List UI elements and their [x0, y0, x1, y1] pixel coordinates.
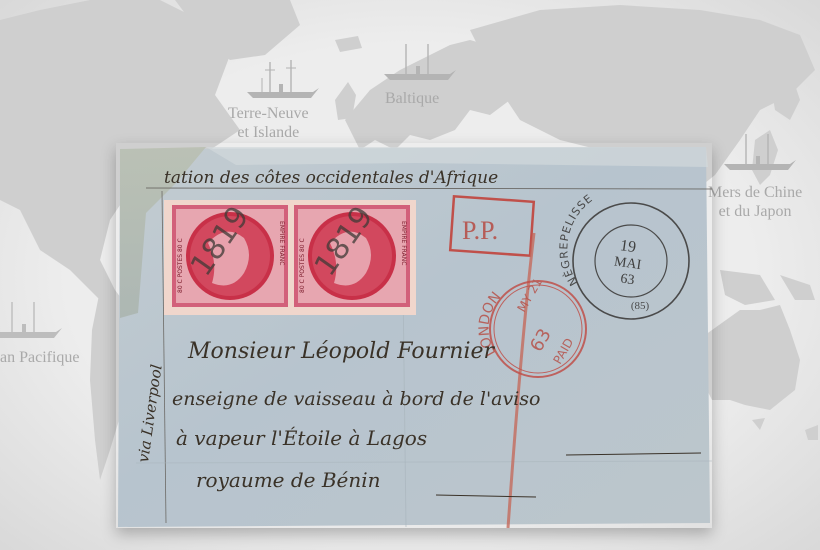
letter-scene: Terre-Neuve et Islande Baltique Mers de …: [0, 0, 820, 550]
map-label-baltique: Baltique: [385, 89, 439, 108]
label-line: an Pacifique: [0, 348, 80, 367]
label-line: Terre-Neuve: [228, 104, 309, 123]
map-label-terre-neuve: Terre-Neuve et Islande: [228, 104, 309, 142]
label-line: et du Japon: [708, 202, 802, 221]
address-line-1: Monsieur Léopold Fournier: [187, 339, 495, 364]
svg-text:P.P.: P.P.: [462, 216, 498, 245]
address-line-2: enseigne de vaisseau à bord de l'aviso: [172, 388, 541, 410]
svg-text:63: 63: [619, 271, 635, 288]
ship-icon-pacifique: [0, 300, 67, 342]
ship-icon-terre-neuve: [245, 58, 320, 103]
label-line: et Islande: [228, 123, 309, 142]
ship-icon-chine: [722, 132, 797, 174]
map-label-pacifique: an Pacifique: [0, 348, 80, 367]
address-line-3: à vapeur l'Étoile à Lagos: [176, 426, 427, 450]
stamp-pair: 80 C POSTES 80 C EMPIRE FRANC 80 C POSTE…: [164, 200, 416, 315]
label-line: Baltique: [385, 89, 439, 108]
map-label-mers-de-chine: Mers de Chine et du Japon: [708, 183, 802, 221]
address-line-4: royaume de Bénin: [196, 468, 381, 492]
svg-text:80 C POSTES 80 C: 80 C POSTES 80 C: [177, 238, 184, 293]
svg-text:19: 19: [619, 237, 637, 256]
letter-cover: tation des côtes occidentales d'Afrique …: [116, 143, 712, 528]
svg-text:EMPIRE FRANC: EMPIRE FRANC: [400, 221, 407, 265]
svg-text:80 C POSTES 80 C: 80 C POSTES 80 C: [299, 238, 306, 293]
label-line: Mers de Chine: [708, 183, 802, 202]
svg-text:(85): (85): [631, 300, 650, 312]
top-handwriting: tation des côtes occidentales d'Afrique: [164, 168, 498, 188]
svg-text:EMPIRE FRANC: EMPIRE FRANC: [278, 221, 285, 265]
ship-icon-baltique: [382, 42, 457, 84]
